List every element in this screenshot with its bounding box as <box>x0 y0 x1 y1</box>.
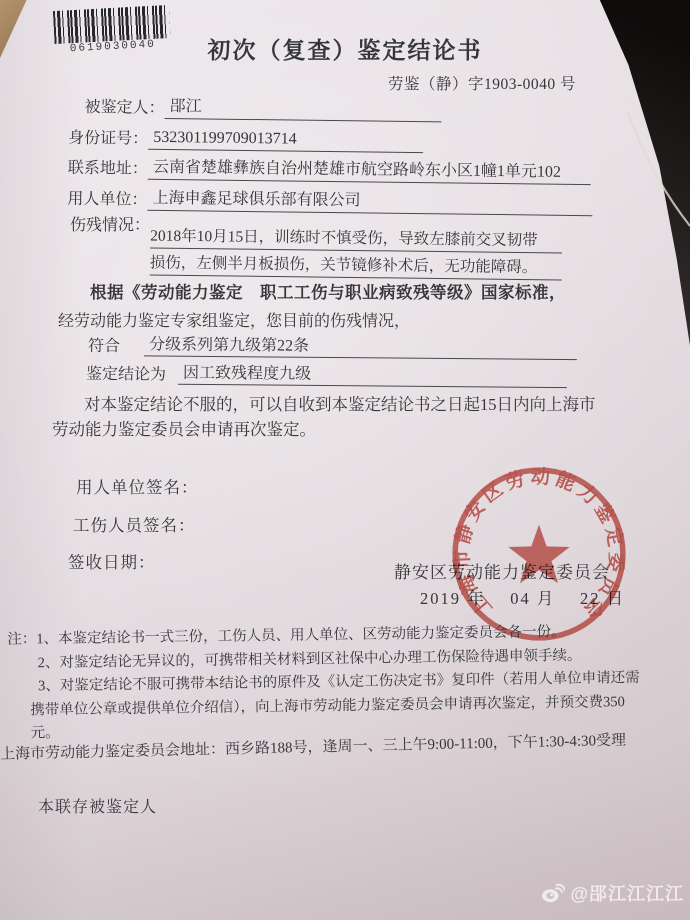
injury-line-1: 2018年10月15日，训练时不慎受伤，导致左膝前交叉韧带 <box>150 223 562 253</box>
document-photo: 0619030040 初次（复查）鉴定结论书 劳鉴（静）字1903-0040 号… <box>0 0 690 920</box>
conclusion-value: 因工致残程度九级 <box>178 360 567 388</box>
employer-signature-label: 用人单位签名： <box>76 474 199 498</box>
injury-description: 2018年10月15日，训练时不慎受伤，导致左膝前交叉韧带 损伤，左侧半月板损伤… <box>150 223 563 282</box>
footnotes: 注：1、本鉴定结论书一式三份，工伤人员、用人单位、区劳动能力鉴定委员会各一份。 … <box>7 619 685 746</box>
copy-retention-note: 本联存被鉴定人 <box>38 794 157 817</box>
field-label: 联系地址： <box>68 158 148 180</box>
conclusion-row: 鉴定结论为 因工致残程度九级 <box>86 359 567 388</box>
appeal-paragraph: 对本鉴定结论不服的，可以自收到本鉴定结论书之日起15日内向上海市 劳动能力鉴定委… <box>52 392 664 442</box>
conform-row: 符合 分级系列第九级第22条 <box>88 331 577 360</box>
field-label: 身份证号： <box>68 127 148 149</box>
receipt-date-label: 签收日期： <box>68 549 156 573</box>
appraisal-basis-expert: 经劳动能力鉴定专家组鉴定，您目前的伤残情况， <box>58 308 410 331</box>
injured-worker-signature-label: 工伤人员签名： <box>73 512 196 536</box>
injury-section-label: 伤残情况： <box>70 212 150 235</box>
field-id-number: 身份证号： 532301199709013714 <box>68 125 593 154</box>
weibo-icon <box>541 883 565 903</box>
document-number: 劳鉴（静）字1903-0040 号 <box>388 72 576 94</box>
field-label: 被鉴定人： <box>84 97 164 119</box>
field-value: 532301199709013714 <box>148 126 423 152</box>
appeal-line-2: 劳动能力鉴定委员会申请再次鉴定。 <box>52 420 316 439</box>
conclusion-label: 鉴定结论为 <box>86 361 166 385</box>
weibo-watermark: @郘江江江江 <box>541 880 684 906</box>
injury-line-2: 损伤，左侧半月板损伤，关节镜修补术后，无功能障碍。 <box>150 250 562 280</box>
field-value: 上海申鑫足球俱乐部有限公司 <box>147 187 592 215</box>
field-contact-address: 联系地址： 云南省楚雄彝族自治州楚雄市航空路岭东小区1幢1单元102 <box>68 156 593 185</box>
appraisal-basis-standard: 根据《劳动能力鉴定 职工工伤与职业病致残等级》国家标准， <box>90 279 566 303</box>
field-appraised-person: 被鉴定人： 郘江 <box>84 95 593 124</box>
field-label: 用人单位： <box>67 188 147 210</box>
field-value: 云南省楚雄彝族自治州楚雄市航空路岭东小区1幢1单元102 <box>148 157 591 185</box>
seal-star-icon <box>508 525 569 584</box>
conform-label: 符合 <box>88 333 120 356</box>
watermark-handle: @郘江江江江 <box>570 880 684 906</box>
document-title: 初次（复查）鉴定结论书 <box>0 32 690 65</box>
appraisal-document: 0619030040 初次（复查）鉴定结论书 劳鉴（静）字1903-0040 号… <box>0 0 690 920</box>
identity-fields: 被鉴定人： 郘江 身份证号： 532301199709013714 联系地址： … <box>67 95 593 223</box>
appeal-line-1: 对本鉴定结论不服的，可以自收到本鉴定结论书之日起15日内向上海市 <box>52 392 664 417</box>
field-value: 郘江 <box>164 96 441 122</box>
conform-value: 分级系列第九级第22条 <box>144 331 577 360</box>
